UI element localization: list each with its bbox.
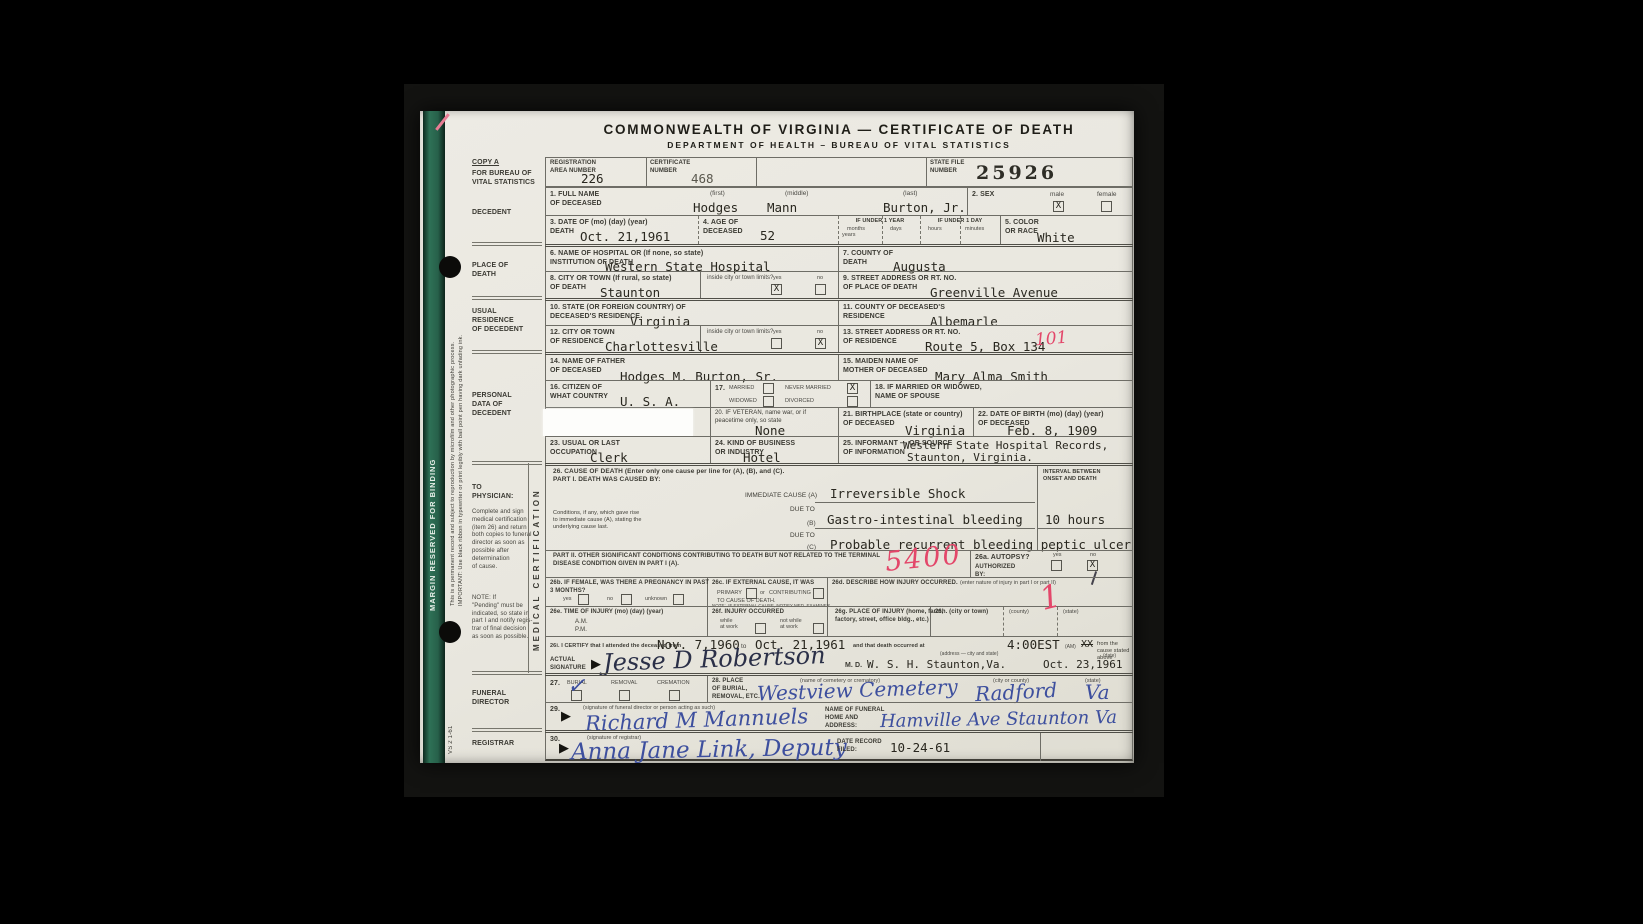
limits2-no-checkbox: X <box>815 338 826 349</box>
row-cause-of-death: 26. CAUSE OF DEATH (Enter only one cause… <box>545 463 1133 550</box>
limits-question-2: inside city or town limits? <box>707 329 773 335</box>
due-to-label-1: DUE TO <box>790 506 815 514</box>
cause-b-value: Gastro-intestinal bleeding <box>827 512 1023 527</box>
under-1-year-days: days <box>890 226 902 232</box>
married-label: MARRIED <box>729 385 754 391</box>
physician-address-value: W. S. H. Staunton,Va. <box>867 658 1006 671</box>
limits2-yes-hint: yes <box>773 329 782 335</box>
part-2-label: PART II. OTHER SIGNIFICANT CONDITIONS CO… <box>553 553 880 569</box>
side-label-registrar: REGISTRAR <box>472 739 514 748</box>
primary-label: PRIMARY <box>717 590 742 596</box>
time-of-death-value: 4:00EST <box>1007 637 1060 652</box>
field-4-label: 4. AGE OF DECEASED <box>703 218 743 236</box>
file-number-strip: REGISTRATION AREA NUMBER 226 CERTIFICATE… <box>545 157 1133 187</box>
field-5-label: 5. COLOR OR RACE <box>1005 218 1039 236</box>
cremation-label: CREMATION <box>657 680 690 686</box>
am-pm-label: A.M. P.M. <box>575 619 588 635</box>
cremation-checkbox <box>669 690 680 701</box>
field-7-label: 7. COUNTY OF DEATH <box>843 249 893 267</box>
field-1-label: 1. FULL NAME OF DECEASED <box>550 190 602 208</box>
margin-important-note-2: This is a permanent record and subject t… <box>450 286 456 606</box>
female-checkbox <box>1101 201 1112 212</box>
funeral-director-arrow-icon: ▶ <box>561 709 571 722</box>
row-certification: 26i. I CERTIFY that I attended the decea… <box>545 636 1133 673</box>
field-16-label: 16. CITIZEN OF WHAT COUNTRY <box>550 383 608 401</box>
field-29-num: 29. <box>550 705 560 714</box>
pregnancy-yes-hint: yes <box>563 596 572 602</box>
cause-b-tag: (B) <box>807 520 816 527</box>
date-of-death-value: Oct. 21,1961 <box>580 229 670 244</box>
row-burial: 27. BURIAL ✓ REMOVAL CREMATION 28. PLACE… <box>545 673 1133 702</box>
pm-struck: XX <box>1081 639 1093 650</box>
county-hint: (county) <box>1009 609 1029 615</box>
side-label-decedent: DECEDENT <box>472 208 511 217</box>
side-divider <box>472 350 542 354</box>
or-label: or <box>760 590 765 596</box>
interval-label: INTERVAL BETWEEN ONSET AND DEATH <box>1043 469 1129 483</box>
hint-female: female <box>1097 191 1117 198</box>
field-2-label: 2. SEX <box>972 190 994 199</box>
limits-no-hint: no <box>817 275 823 281</box>
side-label-personal-data: PERSONAL DATA OF DECEDENT <box>472 391 512 418</box>
field-26f-label: 26f. INJURY OCCURRED <box>712 609 784 617</box>
name-first-value: Hodges <box>693 200 738 215</box>
not-while-at-work-checkbox <box>813 623 824 634</box>
limits-yes-checkbox: X <box>771 284 782 295</box>
male-checkbox: X <box>1053 201 1064 212</box>
row-parents: 14. NAME OF FATHER OF DECEASED Hodges M.… <box>545 352 1133 380</box>
field-17-num: 17. <box>715 384 725 393</box>
viewer-canvas: MARGIN RESERVED FOR BINDING IMPORTANT: U… <box>0 0 1643 924</box>
medical-certification-label: MEDICAL CERTIFICATION <box>532 471 541 651</box>
immediate-cause-value: Irreversible Shock <box>830 486 965 501</box>
md-label: M. D. <box>845 661 862 670</box>
limits-yes-hint: yes <box>773 275 782 281</box>
field-14-label: 14. NAME OF FATHER OF DECEASED <box>550 357 625 375</box>
under-1-day-label: IF UNDER 1 DAY <box>922 218 998 225</box>
side-label-funeral-director: FUNERAL DIRECTOR <box>472 689 509 707</box>
cause-b-line <box>815 528 1035 529</box>
side-divider <box>472 671 542 675</box>
side-note-physician: Complete and sign medical certification … <box>472 509 532 571</box>
am-label: (AM) <box>1065 644 1076 650</box>
state-hint: (state) <box>1063 609 1079 615</box>
side-label-usual-residence: USUAL RESIDENCE OF DECEDENT <box>472 307 523 334</box>
married-checkbox <box>763 383 774 394</box>
contributing-label: CONTRIBUTING <box>769 590 811 596</box>
cemetery-value: Westview Cemetery <box>757 675 958 706</box>
side-label-place-of-death: PLACE OF DEATH <box>472 261 508 279</box>
side-note-pending: NOTE: If "Pending" must be indicated, so… <box>472 595 532 642</box>
redaction-box <box>543 409 693 436</box>
actual-signature-label: ACTUAL SIGNATURE <box>550 657 586 673</box>
field-26c-label: 26c. IF EXTERNAL CAUSE, IT WAS <box>712 580 814 588</box>
state-file-label: STATE FILE NUMBER <box>930 160 964 176</box>
divorced-label: DIVORCED <box>785 398 814 404</box>
medical-certification-rule <box>528 463 529 673</box>
widowed-checkbox <box>763 396 774 407</box>
never-married-label: NEVER MARRIED <box>785 385 831 391</box>
punch-hole-top <box>439 256 461 278</box>
name-middle-value: Mann <box>767 200 797 215</box>
binding-margin-label: MARGIN RESERVED FOR BINDING <box>428 271 437 611</box>
while-at-work-checkbox <box>755 623 766 634</box>
row-full-name: 1. FULL NAME OF DECEASED (first) (middle… <box>545 187 1133 215</box>
side-divider <box>472 461 542 465</box>
copy-for-label: FOR BUREAU OF VITAL STATISTICS <box>472 169 535 187</box>
punch-hole-bottom <box>439 621 461 643</box>
row-veteran-birth: 20. IF VETERAN, name war, or if peacetim… <box>545 407 1133 436</box>
burial-state-value: Va <box>1085 680 1110 704</box>
date-filed-value: 10-24-61 <box>890 740 950 755</box>
field-26g-label: 26g. PLACE OF INJURY (home, farm, factor… <box>835 609 943 625</box>
pregnancy-no-hint: no <box>607 596 613 602</box>
field-28-label: 28. PLACE OF BURIAL, REMOVAL, ETC. <box>712 678 760 701</box>
never-married-checkbox: X <box>847 383 858 394</box>
form-number: VS 2 1-61 <box>448 709 454 754</box>
field-26h-label: 26h. (city or town) <box>935 609 988 617</box>
limits2-yes-checkbox <box>771 338 782 349</box>
divorced-checkbox <box>847 396 858 407</box>
row-date-of-death: 3. DATE OF (mo) (day) (year) DEATH Oct. … <box>545 215 1133 244</box>
address-hint: (address — city and state) <box>940 651 998 657</box>
row-hospital: 6. NAME OF HOSPITAL OR (If none, so stat… <box>545 244 1133 271</box>
removal-checkbox <box>619 690 630 701</box>
side-label-to-physician: TO PHYSICIAN: <box>472 483 513 501</box>
age-unit: years <box>842 232 855 238</box>
margin-important-note-1: IMPORTANT: Use black ribbon in typewrite… <box>458 286 464 606</box>
field-15-label: 15. MAIDEN NAME OF MOTHER OF DECEASED <box>843 357 928 375</box>
row-city-of-death: 8. CITY OR TOWN (If rural, so state) OF … <box>545 271 1133 298</box>
row-city-residence: 12. CITY OR TOWN OF RESIDENCE Charlottes… <box>545 325 1133 352</box>
age-value: 52 <box>760 228 775 243</box>
conditions-note: Conditions, if any, which gave rise to i… <box>553 510 641 531</box>
autopsy-yes-hint: yes <box>1053 552 1062 558</box>
under-1-year-months: months <box>847 226 865 232</box>
certificate-subtitle: DEPARTMENT OF HEALTH – BUREAU OF VITAL S… <box>545 140 1133 150</box>
row-part-2: PART II. OTHER SIGNIFICANT CONDITIONS CO… <box>545 550 1133 577</box>
under-1-day-hours: hours <box>928 226 942 232</box>
immediate-cause-label: IMMEDIATE CAUSE (A) <box>745 492 817 500</box>
pregnancy-unknown-checkbox <box>673 594 684 605</box>
contributing-checkbox <box>813 588 824 599</box>
widowed-label: WIDOWED <box>729 398 757 404</box>
limits2-no-hint: no <box>817 329 823 335</box>
autopsy-no-hint: no <box>1090 552 1096 558</box>
registrar-signature: Anna Jane Link, Deputy <box>571 735 847 766</box>
field-26e-label: 26e. TIME OF INJURY (mo) (day) (year) <box>550 609 663 617</box>
side-divider <box>472 296 542 300</box>
row-occupation: 23. USUAL OR LAST OCCUPATION Clerk 24. K… <box>545 436 1133 463</box>
side-divider <box>472 728 542 732</box>
cause-a-line <box>815 502 1035 503</box>
pregnancy-yes-checkbox <box>578 594 589 605</box>
registration-area-value: 226 <box>581 171 604 186</box>
pregnancy-no-checkbox <box>621 594 632 605</box>
removal-label: REMOVAL <box>611 680 638 686</box>
while-at-work-label: while at work <box>720 618 738 630</box>
row-funeral-director: 29. ▶ (signature of funeral director or … <box>545 702 1133 730</box>
funeral-home-value: Hamville Ave Staunton Va <box>880 707 1117 732</box>
pregnancy-unknown-hint: unknown <box>645 596 667 602</box>
signature-arrow-icon: ▶ <box>591 657 601 670</box>
side-divider <box>472 242 542 246</box>
limits-question: inside city or town limits? <box>707 275 773 281</box>
part-2-red-code: 5400 <box>884 539 964 578</box>
state-file-value: 25926 <box>976 162 1057 184</box>
hint-first: (first) <box>710 190 725 197</box>
field-18-label: 18. IF MARRIED OR WIDOWED, NAME OF SPOUS… <box>875 383 982 401</box>
autopsy-no-checkbox: X <box>1087 560 1098 571</box>
limits-no-checkbox <box>815 284 826 295</box>
color-race-value: White <box>1037 230 1075 245</box>
certified-date-value: Oct. 23,1961 <box>1043 658 1122 671</box>
burial-check-mark: ✓ <box>567 674 585 699</box>
field-27-num: 27. <box>550 679 560 688</box>
death-certificate-scan: MARGIN RESERVED FOR BINDING IMPORTANT: U… <box>420 111 1134 763</box>
row-citizen-marital: 16. CITIZEN OF WHAT COUNTRY U. S. A. 17.… <box>545 380 1133 407</box>
hint-middle: (middle) <box>785 190 808 197</box>
hint-male: male <box>1050 191 1064 198</box>
interval-line <box>1037 528 1133 529</box>
registrar-arrow-icon: ▶ <box>559 741 569 754</box>
street-residence-red-note: 101 <box>1034 328 1068 351</box>
certificate-number-label: CERTIFICATE NUMBER <box>650 160 690 176</box>
field-26d-label: 26d. DESCRIBE HOW INJURY OCCURRED. <box>832 580 958 588</box>
field-26-label: 26. CAUSE OF DEATH (Enter only one cause… <box>553 468 784 485</box>
under-1-year-label: IF UNDER 1 YEAR <box>841 218 919 225</box>
interval-b-value: 10 hours <box>1045 512 1105 527</box>
autopsy-yes-checkbox <box>1051 560 1062 571</box>
certificate-number-value: 468 <box>691 171 714 186</box>
row-registrar: 30. ▶ (signature of registrar) Anna Jane… <box>545 730 1133 761</box>
name-last-value: Burton, Jr. <box>883 200 966 215</box>
field-26a-label: 26a. AUTOPSY? <box>975 553 1030 562</box>
hint-last: (last) <box>903 190 917 197</box>
death-occurred-label: and that death occurred at <box>853 643 925 650</box>
certificate-title: COMMONWEALTH OF VIRGINIA — CERTIFICATE O… <box>545 122 1133 137</box>
under-1-day-minutes: minutes <box>965 226 984 232</box>
copy-label: COPY A <box>472 158 499 167</box>
due-to-label-2: DUE TO <box>790 532 815 540</box>
row-state-residence: 10. STATE (OR FOREIGN COUNTRY) OF DECEAS… <box>545 298 1133 325</box>
not-while-at-work-label: not while at work <box>780 618 802 630</box>
funeral-home-label: NAME OF FUNERAL HOME AND ADDRESS: <box>825 707 885 730</box>
date-filed-label: DATE RECORD FILED: <box>837 739 882 755</box>
